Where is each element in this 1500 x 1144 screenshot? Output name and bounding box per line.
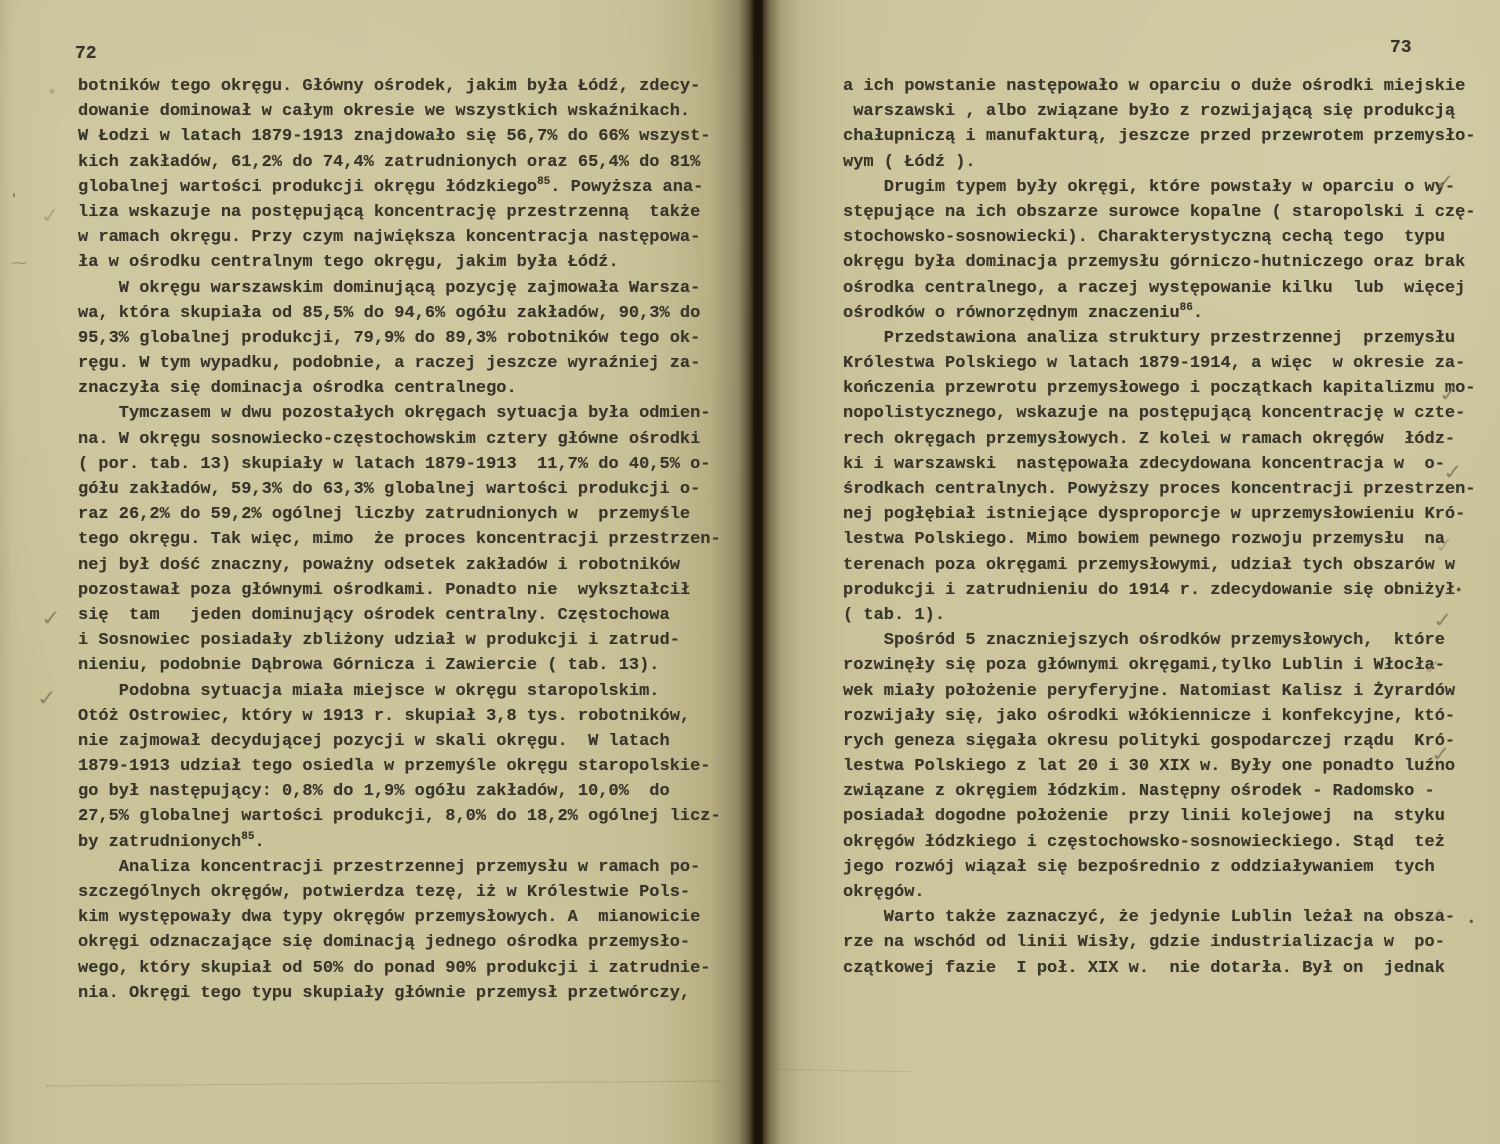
text-line: raz 26,2% do 59,2% ogólnej liczby zatrud… [78,502,721,527]
text-line: i Sosnowiec posiadały zbliżony udział w … [78,628,721,653]
text-line: stochowsko-sosnowiecki). Charakterystycz… [843,225,1476,250]
text-line: Tymczasem w dwu pozostałych okręgach syt… [78,401,721,426]
text-line: Analiza koncentracji przestrzennej przem… [78,855,721,880]
text-line: lestwa Polskiego. Mimo bowiem pewnego ro… [843,527,1476,552]
text-line: Drugim typem były okręgi, które powstały… [843,175,1476,200]
text-line: terenach poza okręgami przemysłowymi, ud… [843,553,1476,578]
text-line: liza wskazuje na postępującą koncentracj… [78,200,721,225]
text-line: wa, która skupiała od 85,5% do 94,6% ogó… [78,301,721,326]
footnote-superscript: 85 [537,176,550,188]
dot-annotation: ● [1456,586,1461,595]
text-line: rze na wschód od linii Wisły, gdzie indu… [843,930,1476,955]
text-line: tego okręgu. Tak więc, mimo że proces ko… [78,527,721,552]
text-line: okręgu była dominacja przemysłu górniczo… [843,250,1476,275]
footnote-superscript: 86 [1180,302,1193,314]
page-text-left: botników tego okręgu. Główny ośrodek, ja… [78,74,721,1006]
text-line: na. W okręgu sosnowiecko-częstochowskim … [78,427,721,452]
page-text-right: a ich powstanie następowało w oparciu o … [843,74,1476,981]
text-line: W okręgu warszawskim dominującą pozycję … [78,276,721,301]
ring-annotation: ° [48,88,56,101]
checkmark-annotation: ✓ [1422,657,1443,682]
text-line: Spośród 5 znaczniejszych ośrodków przemy… [843,628,1476,653]
text-line: się tam jeden dominujący ośrodek central… [78,603,721,628]
page-number-left: 72 [75,44,97,64]
text-line: globalnej wartości produkcji okręgu łódz… [78,175,721,200]
text-line: 1879-1913 udział tego osiedla w przemyśl… [78,754,721,779]
text-line: dowanie dominował w całym okresie we wsz… [78,99,721,124]
checkmark-annotation: ✓ [1434,535,1455,560]
text-line: wym ( Łódź ). [843,150,1476,175]
checkmark-annotation: ✓ [37,687,57,712]
text-line: rych geneza sięgała okresu polityki gosp… [843,729,1476,754]
checkmark-annotation: ✓ [1426,905,1447,930]
checkmark-annotation: ✓ [1431,743,1451,768]
text-line: produkcji i zatrudnieniu do 1914 r. zdec… [843,578,1476,603]
text-line: ( por. tab. 13) skupiały w latach 1879-1… [78,452,721,477]
text-line: W Łodzi w latach 1879-1913 znajdowało si… [78,124,721,149]
text-line: pozostawał poza głównymi ośrodkami. Pona… [78,578,721,603]
squiggle-annotation: ~ [10,256,29,275]
text-line: okręgów. [843,880,1476,905]
text-line: a ich powstanie następowało w oparciu o … [843,74,1476,99]
text-line: gółu zakładów, 59,3% do 63,3% globalnej … [78,477,721,502]
text-line: kończenia przewrotu przemysłowego i pocz… [843,376,1476,401]
text-line: go był następujący: 0,8% do 1,9% ogółu z… [78,779,721,804]
text-line: rech okręgach przemysłowych. Z kolei w r… [843,427,1476,452]
checkmark-annotation: ✓ [1439,383,1459,408]
checkmark-annotation: ✓ [41,607,61,632]
book-spine-gutter [753,0,763,1144]
text-line: posiadał dogodne położenie przy linii ko… [843,804,1476,829]
text-line: rozwinęły się poza głównymi okręgami,tyl… [843,653,1476,678]
text-line: nopolistycznego, wskazuje na postępującą… [843,401,1476,426]
text-line: wego, który skupiał od 50% do ponad 90% … [78,956,721,981]
text-line: Podobna sytuacja miała miejsce w okręgu … [78,679,721,704]
text-line: nej pogłębiał istniejące dysproporcje w … [843,502,1476,527]
text-line: czątkowej fazie I poł. XIX w. nie dotarł… [843,956,1476,981]
text-line: by zatrudnionych85. [78,830,721,855]
page-number-right: 73 [1390,38,1412,58]
text-line: ośrodka centralnego, a raczej występowan… [843,276,1476,301]
text-line: ( tab. 1). [843,603,1476,628]
page-left: 72 botników tego okręgu. Główny ośrodek,… [0,0,753,1144]
book-spread: 72 botników tego okręgu. Główny ośrodek,… [0,0,1500,1144]
text-line: znaczyła się dominacja ośrodka centralne… [78,376,721,401]
text-line: nia. Okręgi tego typu skupiały głównie p… [78,981,721,1006]
text-line: chałupniczą i manufakturą, jeszcze przed… [843,124,1476,149]
text-line: kim występowały dwa typy okręgów przemys… [78,905,721,930]
text-line: nie zajmował decydującej pozycji w skali… [78,729,721,754]
footnote-superscript: 85 [241,831,254,843]
text-line: kich zakładów, 61,2% do 74,4% zatrudnion… [78,150,721,175]
text-line: związane z okręgiem łódzkim. Następny oś… [843,779,1476,804]
text-line: rozwijały się, jako ośrodki włókiennicze… [843,704,1476,729]
text-line: stępujące na ich obszarze surowce kopaln… [843,200,1476,225]
text-line: ki i warszawski następowała zdecydowana … [843,452,1476,477]
checkmark-annotation: ✓ [1435,171,1455,196]
text-line: środkach centralnych. Powyższy proces ko… [843,477,1476,502]
text-line: wek miały położenie peryferyjne. Natomia… [843,679,1476,704]
text-line: Warto także zaznaczyć, że jedynie Lublin… [843,905,1476,930]
text-line: ła w ośrodku centralnym tego okręgu, jak… [78,250,721,275]
paper-crease-left [46,1081,722,1087]
text-line: ręgu. W tym wypadku, podobnie, a raczej … [78,351,721,376]
text-line: warszawski , albo związane było z rozwij… [843,99,1476,124]
text-line: w ramach okręgu. Przy czym największa ko… [78,225,721,250]
text-line: ośrodków o równorzędnym znaczeniu86. [843,301,1476,326]
text-line: okręgi odznaczające się dominacją jedneg… [78,930,721,955]
checkmark-annotation: ✓ [1433,609,1453,634]
page-right: 73 a ich powstanie następowało w oparciu… [763,0,1500,1144]
text-line: lestwa Polskiego z lat 20 i 30 XIX w. By… [843,754,1476,779]
text-line: Otóż Ostrowiec, który w 1913 r. skupiał … [78,704,721,729]
text-line: Przedstawiona analiza struktury przestrz… [843,326,1476,351]
text-line: nej był dość znaczny, poważny odsetek za… [78,553,721,578]
text-line: szczególnych okręgów, potwierdza tezę, i… [78,880,721,905]
checkmark-annotation: ✓ [40,205,61,230]
text-line: jego rozwój wiązał się bezpośrednio z od… [843,855,1476,880]
text-line: botników tego okręgu. Główny ośrodek, ja… [78,74,721,99]
text-line: nieniu, podobnie Dąbrowa Górnicza i Zawi… [78,653,721,678]
paper-crease-right [763,1069,913,1073]
text-line: 27,5% globalnej wartości produkcji, 8,0%… [78,804,721,829]
text-line: Królestwa Polskiego w latach 1879-1914, … [843,351,1476,376]
checkmark-annotation: ✓ [1443,461,1463,486]
text-line: okręgów łódzkiego i częstochowsko-sosnow… [843,830,1476,855]
text-line: 95,3% globalnej produkcji, 79,9% do 89,3… [78,326,721,351]
